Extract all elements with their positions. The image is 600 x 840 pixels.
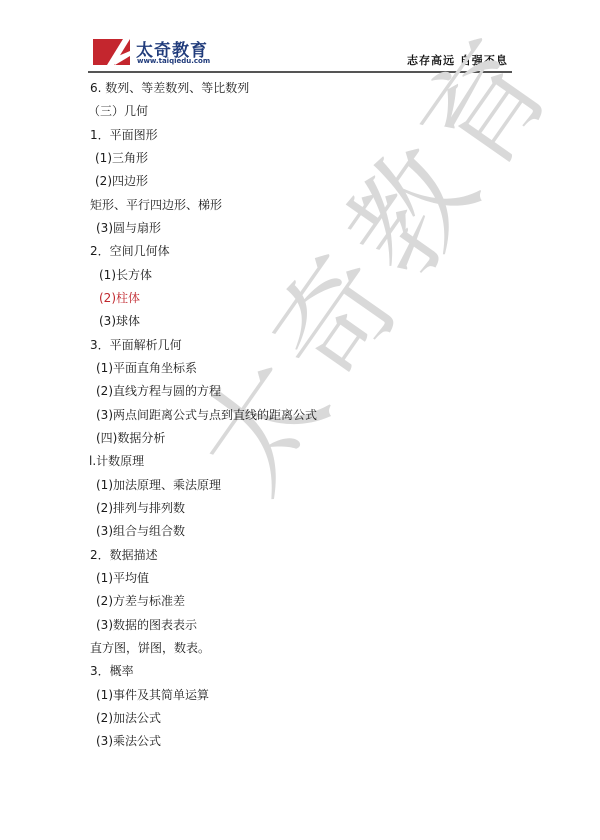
outline-line: (3)圆与扇形 <box>96 219 161 236</box>
outline-line: (2)柱体 <box>99 289 140 306</box>
brand-url: www.taiqiedu.com <box>137 57 210 65</box>
outline-line: (1)平均值 <box>96 569 149 586</box>
outline-line: 2．数据描述 <box>90 546 158 563</box>
outline-line: (2)方差与标准差 <box>96 592 185 609</box>
outline-line: 6. 数列、等差数列、等比数列 <box>90 79 249 96</box>
slogan: 志存高远 自强不息 <box>407 52 508 68</box>
outline-line: (3)两点间距离公式与点到直线的距离公式 <box>96 406 317 423</box>
outline-line: (2)四边形 <box>95 172 148 189</box>
outline-line: (四)数据分析 <box>96 429 165 446</box>
outline-line: (3)乘法公式 <box>96 732 161 749</box>
outline-line: (3)数据的图表表示 <box>96 616 197 633</box>
outline-line: (2)排列与排列数 <box>96 499 185 516</box>
page-header: 太奇教育 www.taiqiedu.com 志存高远 自强不息 <box>0 0 600 80</box>
outline-line: (1)三角形 <box>95 149 148 166</box>
outline-line: 3．概率 <box>90 662 134 679</box>
outline-line: 1．平面图形 <box>90 126 158 143</box>
outline-line: (1)加法原理、乘法原理 <box>96 476 221 493</box>
outline-line: (2)加法公式 <box>96 709 161 726</box>
taiqi-logo-icon <box>93 39 130 65</box>
outline-line: 2．空间几何体 <box>90 242 170 259</box>
outline-line: 直方图，饼图，数表。 <box>90 639 210 656</box>
outline-line: 矩形、平行四边形、梯形 <box>90 196 222 213</box>
outline-line: (3)组合与组合数 <box>96 522 185 539</box>
outline-line: l.计数原理 <box>89 452 144 469</box>
outline-line: (1)事件及其简单运算 <box>96 686 209 703</box>
outline-line: (2)直线方程与圆的方程 <box>96 382 221 399</box>
outline-line: (1)长方体 <box>99 266 152 283</box>
outline-line: （三）几何 <box>88 102 148 119</box>
header-divider <box>88 71 512 73</box>
outline-line: (3)球体 <box>99 312 140 329</box>
outline-line: (1)平面直角坐标系 <box>96 359 197 376</box>
outline-line: 3．平面解析几何 <box>90 336 182 353</box>
